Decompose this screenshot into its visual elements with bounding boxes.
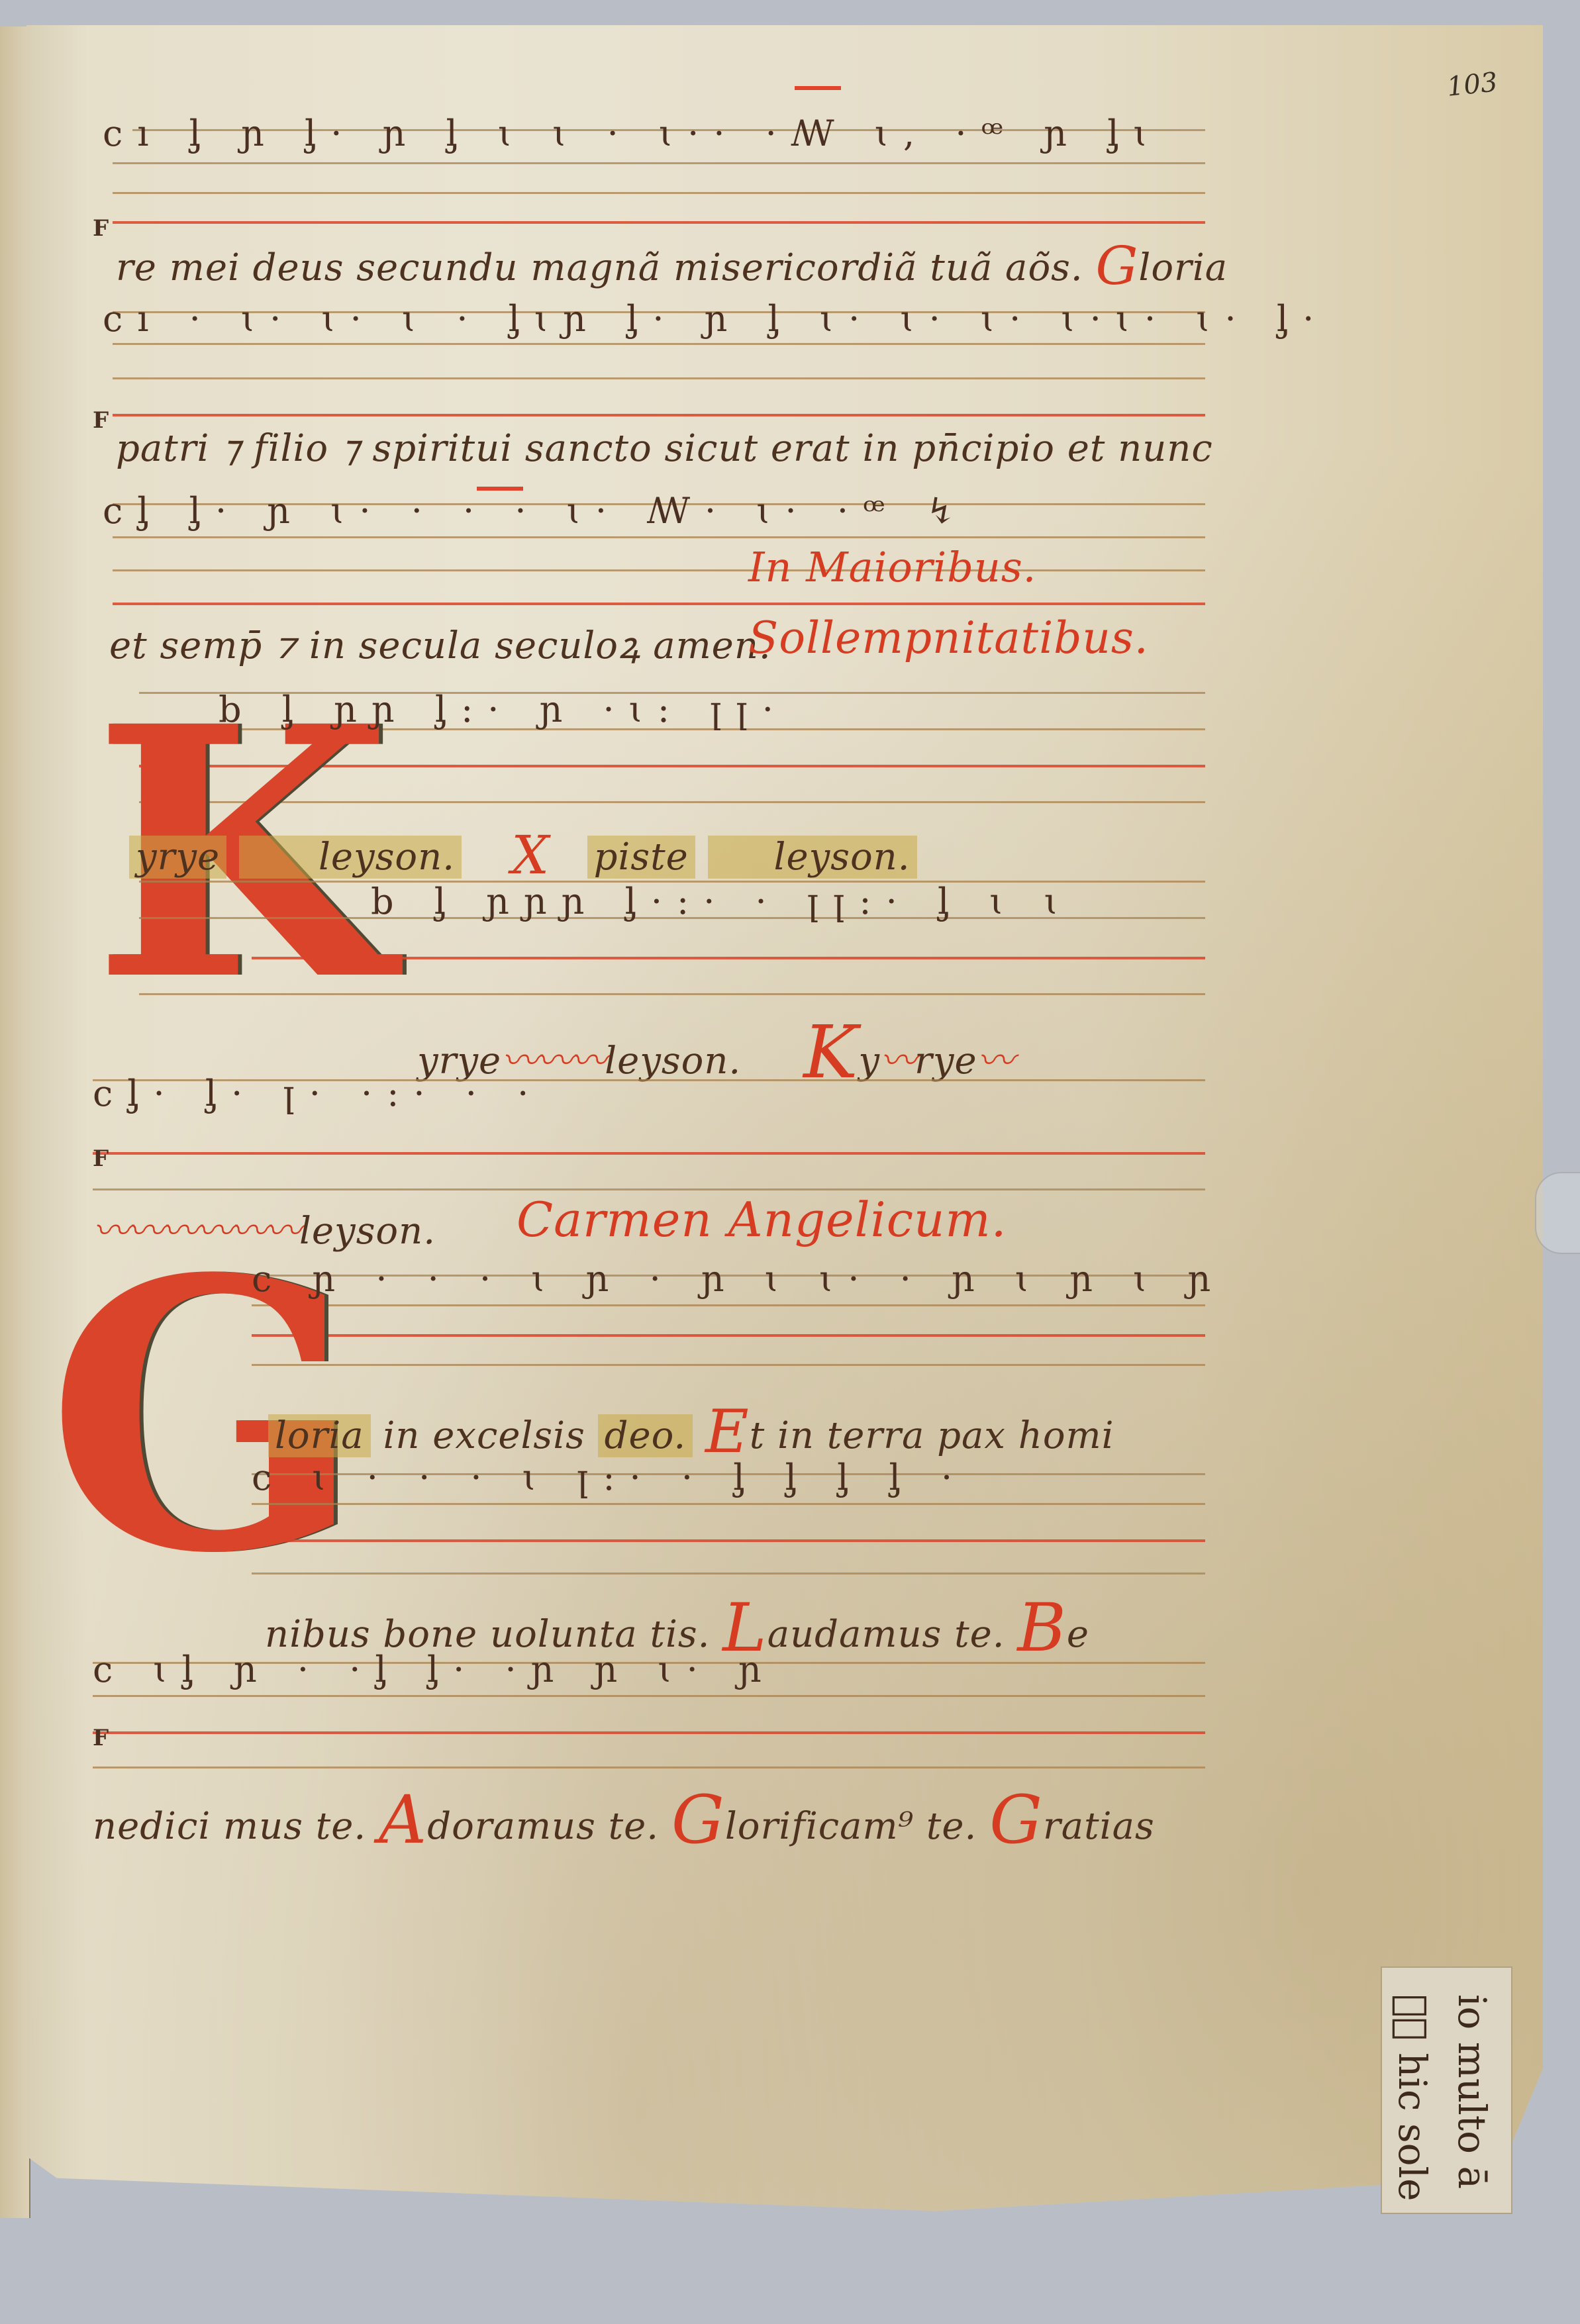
lyric-text: t in terra pax homi: [750, 1414, 1114, 1457]
lyric-text: nedici mus te.: [93, 1805, 366, 1848]
f-clef: F: [93, 1145, 109, 1172]
f-clef: F: [93, 1725, 109, 1751]
staff-line-red: [113, 414, 1205, 416]
staff-line: [93, 1767, 1205, 1768]
rubric-heading: Sollempnitatibus.: [748, 612, 1149, 663]
neume-row: c ɩ · · · ɩ ꞁ:· · ᶅ ᶅ ᶅ ᶅ ·: [252, 1457, 967, 1498]
staff-line: [252, 1573, 1205, 1574]
staff-line: [113, 343, 1205, 345]
lyric-text: re mei deus secundu magnã misericordiã t…: [116, 246, 1083, 289]
rubric-heading: Carmen Angelicum.: [517, 1192, 1007, 1247]
staff-line: [252, 1364, 1205, 1366]
staff-line: [113, 536, 1205, 538]
neume-row: b ᶅ ɲɲɲ ᶅ·:· · ꞁꞁ:· ᶅ ɩ ɩ: [371, 881, 1073, 922]
neume-row: cı · ɩ· ɩ· ɩ · ᶅɩɲ ᶅ· ɲ ᶅ ɩ· ɩ· ɩ· ɩ·ɩ· …: [103, 298, 1328, 340]
binding-gutter: [0, 26, 30, 2218]
staff-line-red: [252, 957, 1205, 959]
neume-row: c ɲ · · · ɩ ɲ · ɲ ɩ ɩ· · ɲ ɩ ɲ ɩ ɲ: [252, 1258, 1225, 1300]
lyric-syllable: piste: [587, 836, 695, 879]
page-clip: [1535, 1172, 1580, 1254]
neume-row: b ᶅ ɲɲ ᶅ:· ɲ ·ɩ: ꞁꞁ·: [219, 689, 788, 730]
lyric-syllable: leyson.: [605, 1040, 741, 1083]
slip-line: ꝗ͛ hic sole: [1390, 1994, 1435, 2201]
lyric-text: e: [1067, 1613, 1089, 1656]
pasted-paper-slip: io multo ā ꝗ͛ hic sole: [1381, 1966, 1512, 2214]
neume-row: c ɩᶅ ɲ · ·ᶅ ᶅ· ·ɲ ɲ ɩ· ɲ: [93, 1649, 776, 1690]
staff-line: [113, 377, 1205, 379]
slip-line: io multo ā: [1450, 1994, 1495, 2189]
manuscript-page: [26, 25, 1543, 2222]
rubric-heading: In Maioribus.: [748, 543, 1036, 591]
lyric-line: nedici mus te. Adoramus te. Glorificam⁹ …: [93, 1781, 1155, 1859]
staff-line: [139, 993, 1205, 995]
staff-line: [93, 1188, 1205, 1190]
lyric-line: yrye leyson. X piste leyson.: [129, 824, 917, 886]
staff-line-red: [93, 1152, 1205, 1155]
lyric-syllable: y: [858, 1040, 880, 1083]
staff-line-red: [113, 603, 1205, 605]
rubric-initial: G: [1096, 235, 1139, 297]
neume-row: cᶅ· ᶅ· ꞁ· ·:· · ·: [93, 1073, 543, 1114]
lyric-text: lorificam⁹ te.: [725, 1805, 977, 1848]
staff-line: [252, 1503, 1205, 1505]
lyric-syllable: rye: [914, 1040, 977, 1083]
neume-row: cı ᶅ ɲ ᶅ· ɲ ᶅ ɩ ɩ · ɩ·· ·ꟿ ɩ, ·ꟹ ɲ ᶅɩ: [103, 113, 1162, 154]
lyric-text: ratias: [1043, 1805, 1155, 1848]
lyric-line: patri ⁊ filio ⁊ spiritui sancto sicut er…: [116, 427, 1213, 470]
lyric-syllable: deo.: [598, 1414, 693, 1457]
lyric-line: re mei deus secundu magnã misericordiã t…: [116, 235, 1228, 297]
rubric-initial: G: [989, 1781, 1043, 1859]
lyric-syllable: yrye: [129, 836, 226, 879]
rubric-initial: X: [511, 824, 550, 886]
f-clef: F: [93, 215, 109, 242]
staff-line-red: [93, 1731, 1205, 1734]
lyric-syllable: loria: [268, 1414, 371, 1457]
lyric-text: doramus te.: [427, 1805, 659, 1848]
rubric-initial: A: [379, 1781, 427, 1859]
staff-line: [252, 1304, 1205, 1306]
lyric-syllable: leyson.: [239, 836, 462, 879]
rubric-initial: G: [671, 1781, 725, 1859]
f-clef: F: [93, 407, 109, 434]
staff-line-red: [252, 1334, 1205, 1337]
lyric-text: loria: [1138, 246, 1228, 289]
lyric-text: audamus te.: [767, 1613, 1005, 1656]
folio-number: 103: [1446, 67, 1499, 103]
rubric-initial: K: [803, 1010, 858, 1094]
staff-line: [113, 162, 1205, 164]
staff-line: [113, 569, 1205, 571]
staff-line: [93, 1695, 1205, 1697]
staff-line-red: [252, 1539, 1205, 1542]
lyric-syllable: leyson.: [708, 836, 917, 879]
lyric-syllable: in excelsis: [383, 1414, 585, 1457]
staff-line-red: [113, 221, 1205, 224]
staff-line: [113, 192, 1205, 194]
neume-row: cᶅ ᶅ· ɲ ɩ· · · · ɩ· ꟿ· ɩ· ·ꟹ ↯: [103, 490, 970, 532]
neume-custos: [795, 86, 841, 90]
rubric-initial: B: [1017, 1589, 1067, 1667]
